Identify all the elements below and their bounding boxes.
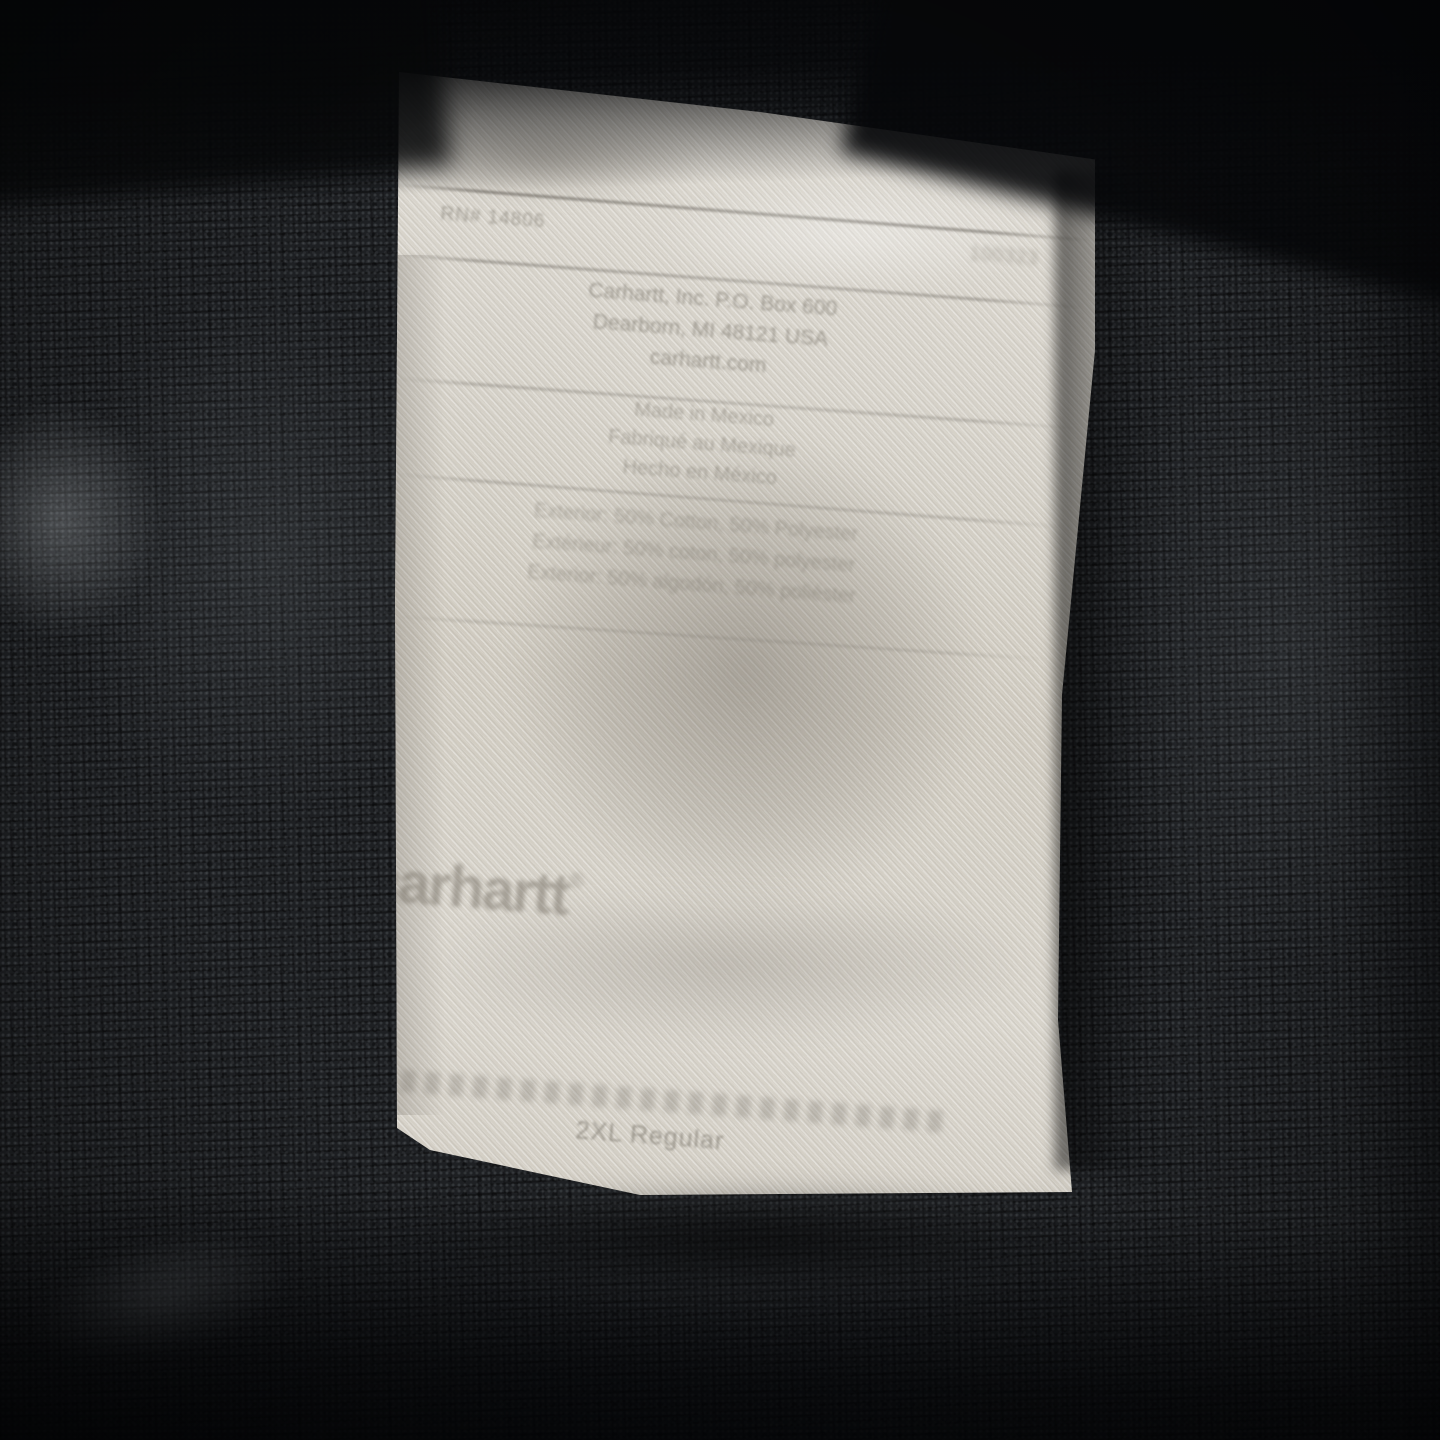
- photo-vignette: [0, 0, 1440, 1440]
- label-photo: RN# 14806 100323 Carhartt, Inc. P.O. Box…: [0, 0, 1440, 1440]
